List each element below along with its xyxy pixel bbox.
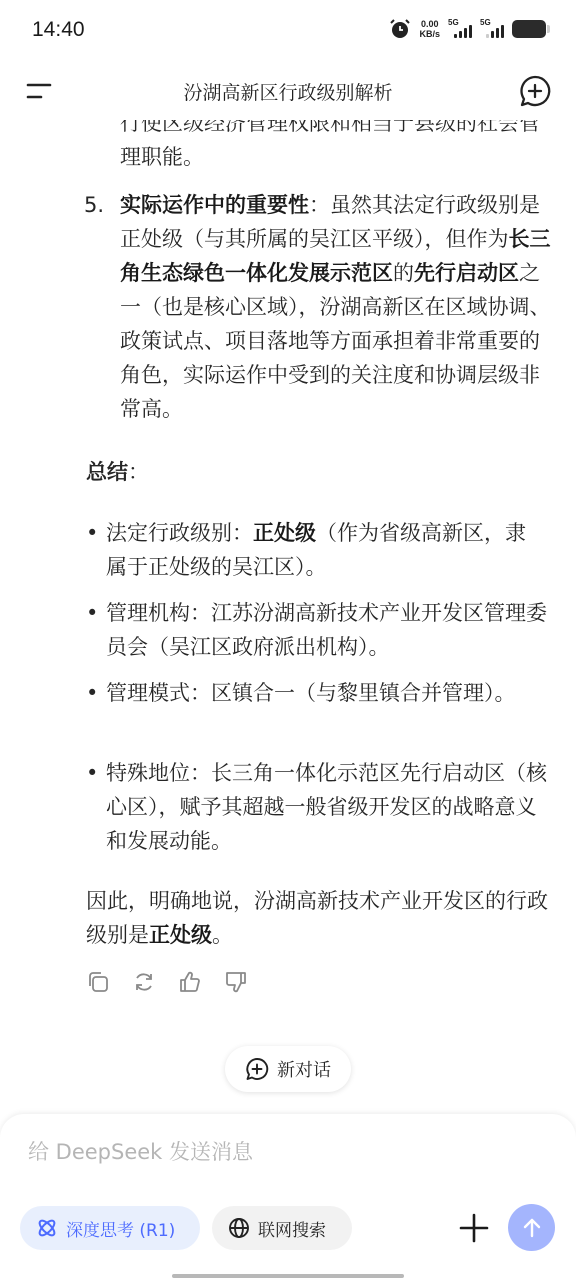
summary-item: • 法定行政级别：正处级（作为省级高新区，隶属于正处级的吴江区）。 [86,516,546,584]
copy-icon[interactable] [86,970,110,994]
alarm-icon [389,18,411,40]
status-time: 14:40 [32,18,85,42]
list-number: 5. [84,188,104,222]
bold-text: 正处级 [149,923,212,947]
bullet: • [86,676,98,710]
regenerate-icon[interactable] [132,970,156,994]
plus-icon[interactable] [457,1211,491,1245]
net-speed: 0.00 KB/s [419,19,440,39]
summary-colon: ： [128,460,149,484]
net-speed-value: 0.00 [419,19,440,29]
composer: 深度思考 (R1) 联网搜索 [0,1114,576,1280]
globe-icon [228,1217,250,1239]
bold-text: 先行启动区 [414,261,519,285]
new-dialog-label: 新对话 [277,1056,331,1082]
conversation-title: 汾湖高新区行政级别解析 [0,78,576,105]
summary-heading: 总结： [86,456,149,486]
arrow-up-icon [520,1216,544,1240]
summary-item: • 特殊地位：长三角一体化示范区先行启动区（核心区），赋予其超越一般省级开发区的… [86,756,556,858]
atom-icon [36,1217,58,1239]
bullet: • [86,516,98,550]
battery-icon [512,20,546,38]
list-item-5: 5. 实际运作中的重要性：虽然其法定行政级别是正处级（与其所属的吴江区平级），但… [0,188,576,426]
bold-text: 正处级 [253,521,316,545]
text: 管理模式：区镇合一（与黎里镇合并管理）。 [106,681,516,705]
text: 。 [212,923,233,947]
status-bar: 14:40 0.00 KB/s 5G 5G [0,0,576,60]
summary-heading-text: 总结 [86,460,128,484]
thumbs-up-icon[interactable] [178,970,202,994]
message-actions [86,970,248,994]
status-icons: 0.00 KB/s 5G 5G [389,18,546,40]
send-button[interactable] [508,1204,555,1251]
top-nav: 汾湖高新区行政级别解析 [0,60,576,120]
bullet: • [86,756,98,790]
new-chat-icon[interactable] [518,74,552,108]
signal-icon-sim1: 5G [448,18,472,40]
home-indicator[interactable] [172,1274,404,1278]
web-search-toggle[interactable]: 联网搜索 [212,1206,352,1250]
bullet: • [86,596,98,630]
new-dialog-icon [245,1057,269,1081]
thumbs-down-icon[interactable] [224,970,248,994]
summary-item: • 管理模式：区镇合一（与黎里镇合并管理）。 [86,676,546,710]
net-speed-unit: KB/s [419,29,440,39]
text: 特殊地位：长三角一体化示范区先行启动区（核心区），赋予其超越一般省级开发区的战略… [106,761,547,853]
signal-icon-sim2: 5G [480,18,504,40]
text: 管理机构：江苏汾湖高新技术产业开发区管理委员会（吴江区政府派出机构）。 [106,601,547,659]
text: 法定行政级别： [106,521,253,545]
message-input[interactable] [28,1140,428,1164]
web-search-label: 联网搜索 [258,1216,326,1241]
summary-item: • 管理机构：江苏汾湖高新技术产业开发区管理委员会（吴江区政府派出机构）。 [86,596,556,664]
deep-think-label: 深度思考 (R1) [66,1216,175,1241]
new-dialog-button[interactable]: 新对话 [225,1046,351,1092]
deep-think-toggle[interactable]: 深度思考 (R1) [20,1206,200,1250]
bold-text: 实际运作中的重要性 [120,193,309,217]
text: 的 [393,261,414,285]
text: 之一（也是核心区域），汾湖高新区在区域协调、政策试点、项目落地等方面承担着非常重… [120,261,551,421]
conclusion-paragraph: 因此，明确地说，汾湖高新技术产业开发区的行政级别是正处级。 [86,884,556,952]
